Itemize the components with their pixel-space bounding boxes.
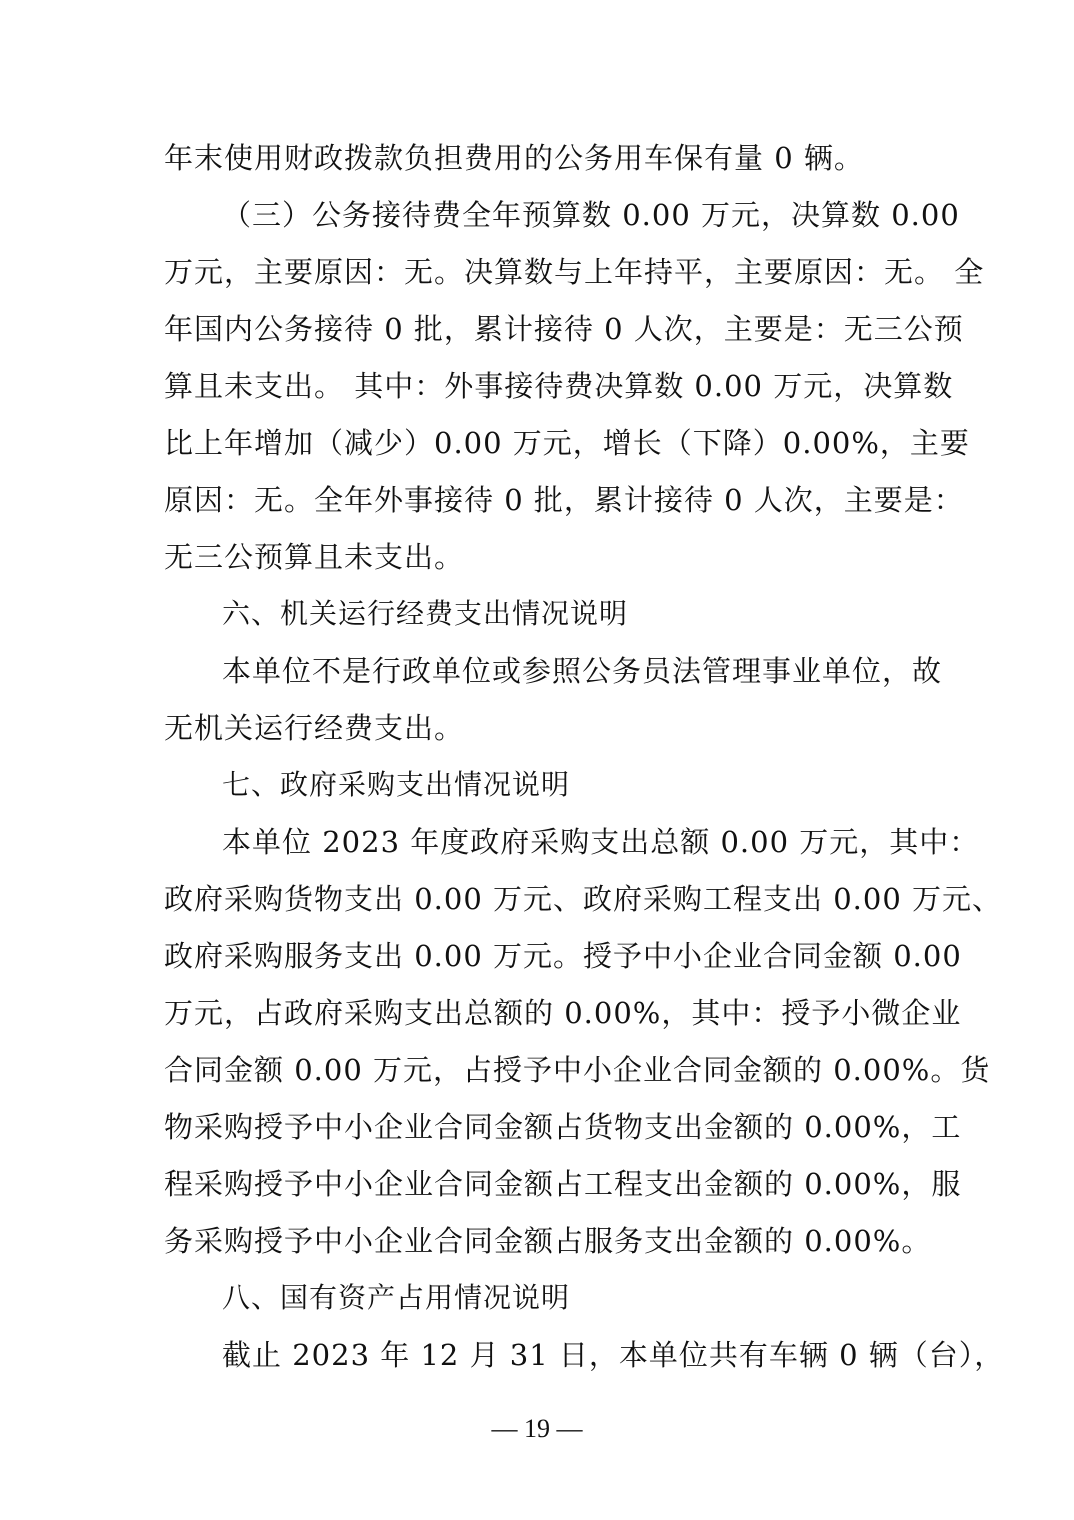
- paragraph-line: 无机关运行经费支出。: [164, 708, 912, 748]
- paragraph-line: 合同金额 0.00 万元，占授予中小企业合同金额的 0.00%。货: [164, 1050, 912, 1090]
- paragraph-line: （三）公务接待费全年预算数 0.00 万元，决算数 0.00: [222, 195, 912, 235]
- section-heading-8: 八、国有资产占用情况说明: [222, 1278, 570, 1318]
- page-number: — 19 —: [0, 1412, 1074, 1446]
- paragraph-line: 截止 2023 年 12 月 31 日，本单位共有车辆 0 辆（台），: [222, 1335, 912, 1375]
- paragraph-line: 年末使用财政拨款负担费用的公务用车保有量 0 辆。: [164, 138, 912, 178]
- paragraph-line: 万元，占政府采购支出总额的 0.00%，其中：授予小微企业: [164, 993, 912, 1033]
- section-heading-6: 六、机关运行经费支出情况说明: [222, 594, 628, 634]
- paragraph-line: 年国内公务接待 0 批，累计接待 0 人次，主要是：无三公预: [164, 309, 912, 349]
- paragraph-line: 物采购授予中小企业合同金额占货物支出金额的 0.00%，工: [164, 1107, 912, 1147]
- paragraph-line: 比上年增加（减少）0.00 万元，增长（下降）0.00%，主要: [164, 423, 912, 463]
- paragraph-line: 本单位不是行政单位或参照公务员法管理事业单位，故: [222, 651, 912, 691]
- document-page: 年末使用财政拨款负担费用的公务用车保有量 0 辆。 （三）公务接待费全年预算数 …: [0, 0, 1074, 1520]
- paragraph-line: 万元，主要原因：无。决算数与上年持平，主要原因：无。 全: [164, 252, 912, 292]
- paragraph-line: 无三公预算且未支出。: [164, 537, 912, 577]
- paragraph-line: 政府采购货物支出 0.00 万元、政府采购工程支出 0.00 万元、: [164, 879, 912, 919]
- paragraph-line: 原因：无。全年外事接待 0 批，累计接待 0 人次，主要是：: [164, 480, 912, 520]
- section-heading-7: 七、政府采购支出情况说明: [222, 765, 570, 805]
- paragraph-line: 本单位 2023 年度政府采购支出总额 0.00 万元，其中：: [222, 822, 912, 862]
- paragraph-line: 务采购授予中小企业合同金额占服务支出金额的 0.00%。: [164, 1221, 912, 1261]
- paragraph-line: 程采购授予中小企业合同金额占工程支出金额的 0.00%，服: [164, 1164, 912, 1204]
- paragraph-line: 政府采购服务支出 0.00 万元。授予中小企业合同金额 0.00: [164, 936, 912, 976]
- paragraph-line: 算且未支出。 其中：外事接待费决算数 0.00 万元，决算数: [164, 366, 912, 406]
